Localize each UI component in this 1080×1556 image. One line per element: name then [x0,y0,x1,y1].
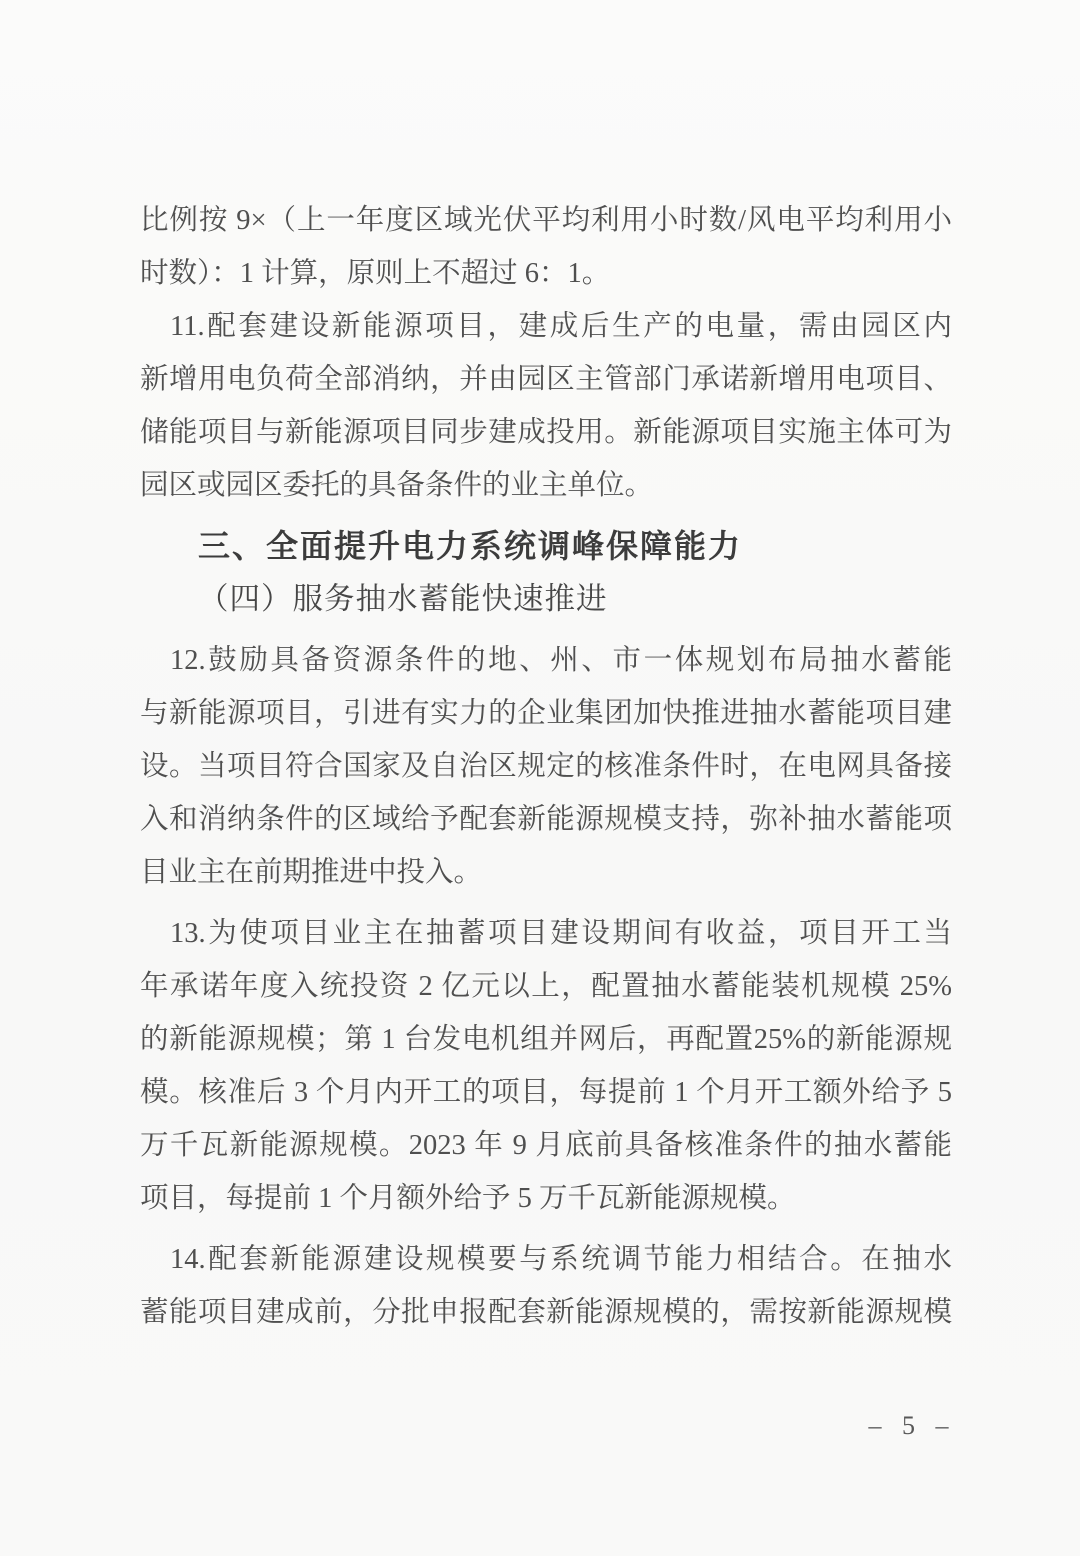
document-page: 比例按 9×（上一年度区域光伏平均利用小时数/风电平均利用小 时数）：1 计算，… [0,0,1080,1556]
text-line: 万千瓦新能源规模。2023 年 9 月底前具备核准条件的抽水蓄能 [140,1119,952,1172]
text-line: 11.配套建设新能源项目，建成后生产的电量，需由园区内 [140,300,952,353]
text-line: 目业主在前期推进中投入。 [140,846,952,899]
paragraph-13: 13.为使项目业主在抽蓄项目建设期间有收益，项目开工当 年承诺年度入统投资 2 … [140,907,952,1225]
text-line: 与新能源项目，引进有实力的企业集团加快推进抽水蓄能项目建 [140,687,952,740]
text-line: 14.配套新能源建设规模要与系统调节能力相结合。在抽水 [140,1233,952,1286]
text-line: 年承诺年度入统投资 2 亿元以上，配置抽水蓄能装机规模 25% [140,960,952,1013]
text-line: 12.鼓励具备资源条件的地、州、市一体规划布局抽水蓄能 [140,634,952,687]
paragraph-continuation: 比例按 9×（上一年度区域光伏平均利用小时数/风电平均利用小 时数）：1 计算，… [140,194,952,300]
document-body: 比例按 9×（上一年度区域光伏平均利用小时数/风电平均利用小 时数）：1 计算，… [140,194,952,1339]
subsection-heading: （四）服务抽水蓄能快速推进 [140,573,952,626]
text-line: 的新能源规模；第 1 台发电机组并网后，再配置25%的新能源规 [140,1013,952,1066]
section-heading: 三、全面提升电力系统调峰保障能力 [140,520,952,573]
text-line: 园区或园区委托的具备条件的业主单位。 [140,459,952,512]
paragraph-12: 12.鼓励具备资源条件的地、州、市一体规划布局抽水蓄能 与新能源项目，引进有实力… [140,634,952,899]
text-line: 蓄能项目建成前，分批申报配套新能源规模的，需按新能源规模 [140,1286,952,1339]
text-line: 模。核准后 3 个月内开工的项目，每提前 1 个月开工额外给予 5 [140,1066,952,1119]
paragraph-14: 14.配套新能源建设规模要与系统调节能力相结合。在抽水 蓄能项目建成前，分批申报… [140,1233,952,1339]
text-line: 比例按 9×（上一年度区域光伏平均利用小时数/风电平均利用小 [140,194,952,247]
text-line: 设。当项目符合国家及自治区规定的核准条件时，在电网具备接 [140,740,952,793]
text-line: 13.为使项目业主在抽蓄项目建设期间有收益，项目开工当 [140,907,952,960]
page-number: – 5 – [842,1406,982,1446]
text-line: 新增用电负荷全部消纳，并由园区主管部门承诺新增用电项目、 [140,353,952,406]
text-line: 项目，每提前 1 个月额外给予 5 万千瓦新能源规模。 [140,1172,952,1225]
text-line: 时数）：1 计算，原则上不超过 6：1。 [140,247,952,300]
text-line: 储能项目与新能源项目同步建成投用。新能源项目实施主体可为 [140,406,952,459]
paragraph-11: 11.配套建设新能源项目，建成后生产的电量，需由园区内 新增用电负荷全部消纳，并… [140,300,952,512]
text-line: 入和消纳条件的区域给予配套新能源规模支持，弥补抽水蓄能项 [140,793,952,846]
